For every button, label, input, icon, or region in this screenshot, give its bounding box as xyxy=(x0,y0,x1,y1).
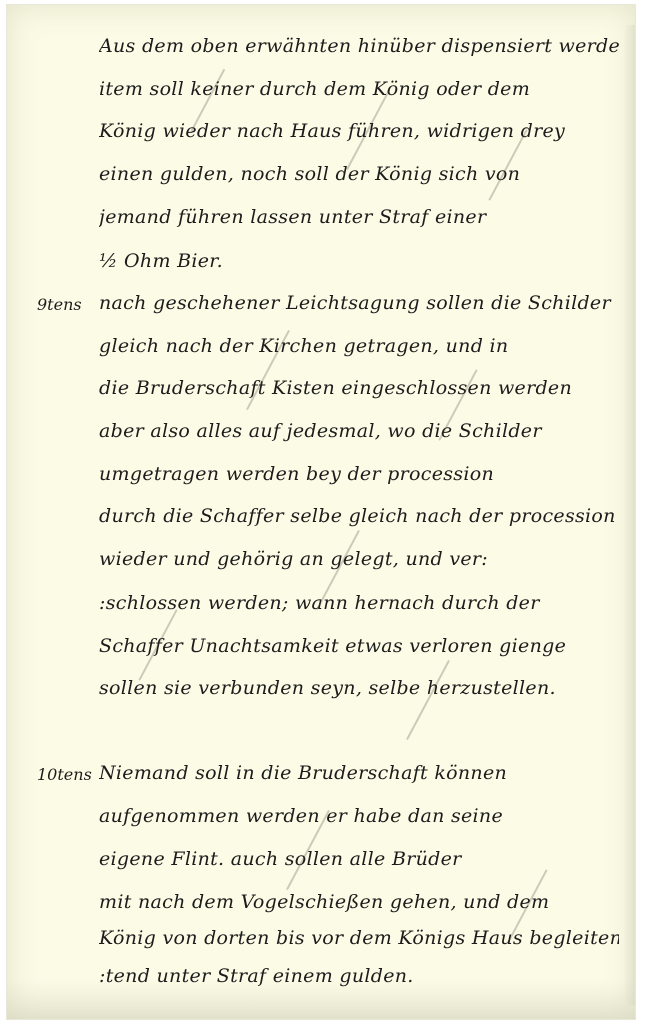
text-line: mit nach dem Vogelschießen gehen, und de… xyxy=(99,891,619,921)
page-edge xyxy=(625,25,635,1005)
text-line: ½ Ohm Bier. xyxy=(99,250,619,280)
margin-note-10: 10tens xyxy=(37,765,92,784)
text-line: aufgenommen werden er habe dan seine xyxy=(99,805,619,835)
text-line: Niemand soll in die Bruderschaft können xyxy=(99,762,619,792)
text-line: item soll keiner durch dem König oder de… xyxy=(99,78,619,108)
text-line: Aus dem oben erwähnten hinüber dispensie… xyxy=(99,35,619,65)
text-line: König von dorten bis vor dem Königs Haus… xyxy=(99,927,619,957)
text-line: :tend unter Straf einem gulden. xyxy=(99,965,619,995)
text-line: aber also alles auf jedesmal, wo die Sch… xyxy=(99,420,619,450)
margin-note-9: 9tens xyxy=(37,295,82,314)
text-line: umgetragen werden bey der procession xyxy=(99,463,619,493)
text-line: einen gulden, noch soll der König sich v… xyxy=(99,163,619,193)
text-line: eigene Flint. auch sollen alle Brüder xyxy=(99,848,619,878)
text-line: jemand führen lassen unter Straf einer xyxy=(99,206,619,236)
text-line: die Bruderschaft Kisten eingeschlossen w… xyxy=(99,377,619,407)
text-line: nach geschehener Leichtsagung sollen die… xyxy=(99,292,619,322)
text-line: :schlossen werden; wann hernach durch de… xyxy=(99,592,619,622)
text-line: gleich nach der Kirchen getragen, und in xyxy=(99,335,619,365)
manuscript-page: Aus dem oben erwähnten hinüber dispensie… xyxy=(6,4,636,1020)
text-line: sollen sie verbunden seyn, selbe herzust… xyxy=(99,677,619,707)
text-line: wieder und gehörig an gelegt, und ver: xyxy=(99,548,619,578)
text-line: Schaffer Unachtsamkeit etwas verloren gi… xyxy=(99,635,619,665)
